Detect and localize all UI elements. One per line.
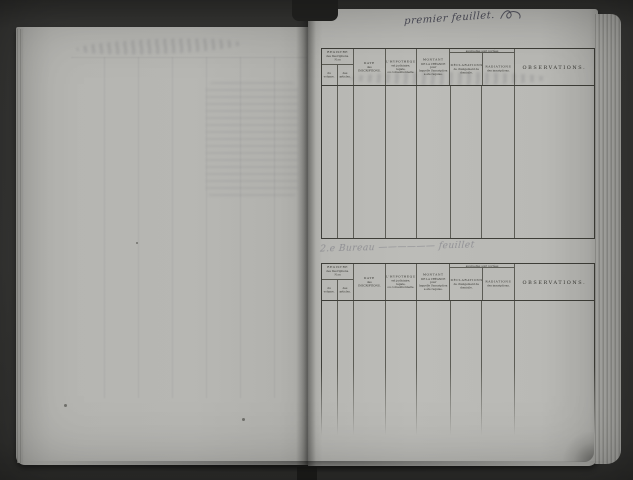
hypotheque-column-header: L'HYPOTHÈQUEest judiciaire, légale, ou c… [386,49,417,85]
date-column-header: DATEdes INSCRIPTIONS. [354,49,386,85]
paper-speck [136,242,138,244]
articles-subheader: des articles. [338,65,353,85]
radiations-subheader: RADIATIONSdes inscriptions. [483,53,515,85]
body-cell-declarations [451,301,483,435]
body-cell-articles [338,301,354,435]
body-cell-hypotheque [386,301,417,435]
page-corner-curl [560,432,594,462]
page-edge-stack-right [595,14,621,464]
left-page [16,27,308,465]
body-cell-montant [417,301,451,435]
volume-subheader: du volume. [322,65,338,85]
body-cell-observations [515,301,594,435]
body-cell-observations [515,86,594,238]
registre-column-header: REGISTREdes Inscriptions. N.os du volume… [322,49,354,85]
volume-subheader: du volume. [322,280,338,300]
handwritten-folio-note: premier feuillet. [404,7,523,28]
body-cell-radiations [482,86,515,238]
body-cell-articles [338,86,354,238]
right-page: premier feuillet. REGISTREdes Inscriptio… [308,9,598,466]
date-column-header: DATEdes INSCRIPTIONS. [354,264,386,300]
dates-column-header: DATESauxquelles sont portées au registre… [450,49,515,85]
body-cell-volume [322,86,338,238]
declarations-subheader: DÉCLARATIONSde changement de domicile. [450,268,483,300]
radiations-subheader: RADIATIONSdes inscriptions. [483,268,515,300]
dates-subheader-row: DÉCLARATIONSde changement de domicile. R… [450,53,514,85]
montant-column-header: MONTANTDE LA CRÉANCE pour laquelle l'ins… [417,264,451,300]
registre-subheader-row: du volume. des articles. [322,65,353,85]
scanned-ledger-photo: premier feuillet. REGISTREdes Inscriptio… [0,0,633,480]
page-edge-stack-left [17,29,23,463]
paper-speck [64,404,67,407]
body-cell-volume [322,301,338,435]
montant-column-header: MONTANTDE LA CRÉANCE pour laquelle l'ins… [417,49,451,85]
hypotheque-column-header: L'HYPOTHÈQUEest judiciaire, légale, ou c… [386,264,417,300]
articles-subheader: des articles. [338,280,353,300]
ink-bleed-ghost [76,36,241,57]
registre-header-title: REGISTREdes Inscriptions. N.os [322,264,353,280]
body-cell-hypotheque [386,86,417,238]
book-drop-shadow [18,461,616,473]
dates-subheader-row: DÉCLARATIONSde changement de domicile. R… [450,268,514,300]
registre-header-title: REGISTREdes Inscriptions. N.os [322,49,353,65]
observations-column-header: OBSERVATIONS. [515,49,594,85]
table-body-empty [322,301,594,435]
paraph-flourish-icon [499,7,523,22]
bureau-note-text: 2.e Bureau —————— feuillet [320,240,475,254]
observations-column-header: OBSERVATIONS. [515,264,594,300]
body-cell-declarations [451,86,483,238]
body-cell-montant [417,86,451,238]
register-table-upper: REGISTREdes Inscriptions. N.os du volume… [321,48,595,239]
body-cell-date [354,301,386,435]
register-table-lower: REGISTREdes Inscriptions. N.os du volume… [321,263,595,435]
registre-subheader-row: du volume. des articles. [322,280,353,300]
bleed-through-table-ghost [71,57,307,398]
book-spine-shadow [296,12,316,466]
declarations-subheader: DÉCLARATIONSde changement de domicile. [450,53,483,85]
paper-speck [242,418,245,421]
table-body-empty [322,86,594,238]
table-header-row: REGISTREdes Inscriptions. N.os du volume… [322,264,594,301]
body-cell-date [354,86,386,238]
binding-notch-top [292,0,338,21]
table-header-row: REGISTREdes Inscriptions. N.os du volume… [322,49,594,86]
folio-note-text: premier feuillet. [404,10,495,27]
dates-column-header: DATESauxquelles sont portées au registre… [450,264,515,300]
body-cell-radiations [482,301,515,435]
registre-column-header: REGISTREdes Inscriptions. N.os du volume… [322,264,354,300]
handwritten-bureau-note: 2.e Bureau —————— feuillet [320,237,593,254]
